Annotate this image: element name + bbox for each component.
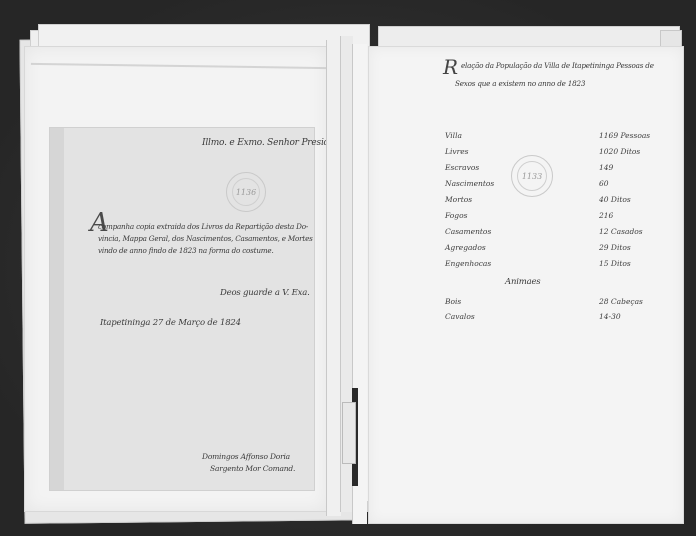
row-label: Fogos: [445, 211, 467, 220]
table-row: Livres 1020 Ditos: [445, 147, 675, 161]
letter-body-line: vincia, Mappa Geral, dos Nascimentos, Ca…: [98, 234, 313, 243]
table-row: Cavalos 14-30: [445, 312, 675, 326]
section-heading: Animaes: [505, 277, 540, 287]
table-row: Villa 1169 Pessoas: [445, 131, 675, 145]
table-row: Mortos 40 Ditos: [445, 195, 675, 209]
row-label: Villa: [445, 131, 462, 140]
row-value: 216: [599, 211, 613, 220]
row-value: 12 Casados: [599, 227, 643, 236]
row-label: Nascimentos: [445, 179, 494, 188]
archive-stamp-icon: 1136: [226, 172, 266, 212]
row-value: 1020 Ditos: [599, 147, 640, 156]
left-page: Illmo. e Exmo. Senhor Presidente 1136 A …: [24, 46, 328, 512]
row-label: Casamentos: [445, 227, 491, 236]
stamp-number: 1136: [236, 188, 256, 197]
row-value: 29 Ditos: [599, 243, 631, 252]
row-value: 60: [599, 179, 609, 188]
letter-body-line: vindo de anno findo de 1823 na forma do …: [98, 246, 274, 255]
row-value: 14-30: [599, 312, 621, 321]
row-value: 28 Cabeças: [599, 297, 643, 306]
row-label: Agregados: [445, 243, 486, 252]
table-title-line: Sexos que a existem no anno de 1823: [455, 79, 585, 88]
table-title-line: elação da População da Villa de Itapetin…: [461, 61, 654, 70]
letter-place-date: Itapetininga 27 de Março de 1824: [100, 318, 241, 328]
signature-name: Domingos Affonso Doria: [202, 452, 290, 461]
letter-closing: Deos guarde a V. Exa.: [220, 288, 310, 298]
table-row: Fogos 216: [445, 211, 675, 225]
table-row: Bois 28 Cabeças: [445, 297, 675, 311]
table-row: Escravos 149: [445, 163, 675, 177]
right-back-sheet: [378, 26, 680, 48]
right-page: R elação da População da Villa de Itapet…: [368, 46, 684, 524]
row-label: Cavalos: [445, 312, 475, 321]
row-value: 40 Ditos: [599, 195, 631, 204]
row-label: Mortos: [445, 195, 472, 204]
signature-title: Sargento Mor Comand.: [210, 464, 295, 473]
row-value: 149: [599, 163, 613, 172]
binding-tab: [342, 402, 356, 464]
table-row: Engenhocas 15 Ditos: [445, 259, 675, 273]
table-row: Nascimentos 60: [445, 179, 675, 193]
row-label: Engenhocas: [445, 259, 491, 268]
row-label: Livres: [445, 147, 469, 156]
row-value: 1169 Pessoas: [599, 131, 650, 140]
page-fold-crease: [31, 53, 327, 69]
letter-sheet: Illmo. e Exmo. Senhor Presidente 1136 A …: [49, 127, 315, 491]
table-row: Agregados 29 Ditos: [445, 243, 675, 257]
letter-body-line: companha copia extraida dos Livros da Re…: [98, 222, 308, 231]
table-row: Casamentos 12 Casados: [445, 227, 675, 241]
row-label: Escravos: [445, 163, 479, 172]
title-initial: R: [443, 55, 458, 79]
sheet-margin-strip: [50, 128, 64, 490]
row-label: Bois: [445, 297, 461, 306]
gutter-sheet: [326, 40, 341, 516]
row-value: 15 Ditos: [599, 259, 631, 268]
